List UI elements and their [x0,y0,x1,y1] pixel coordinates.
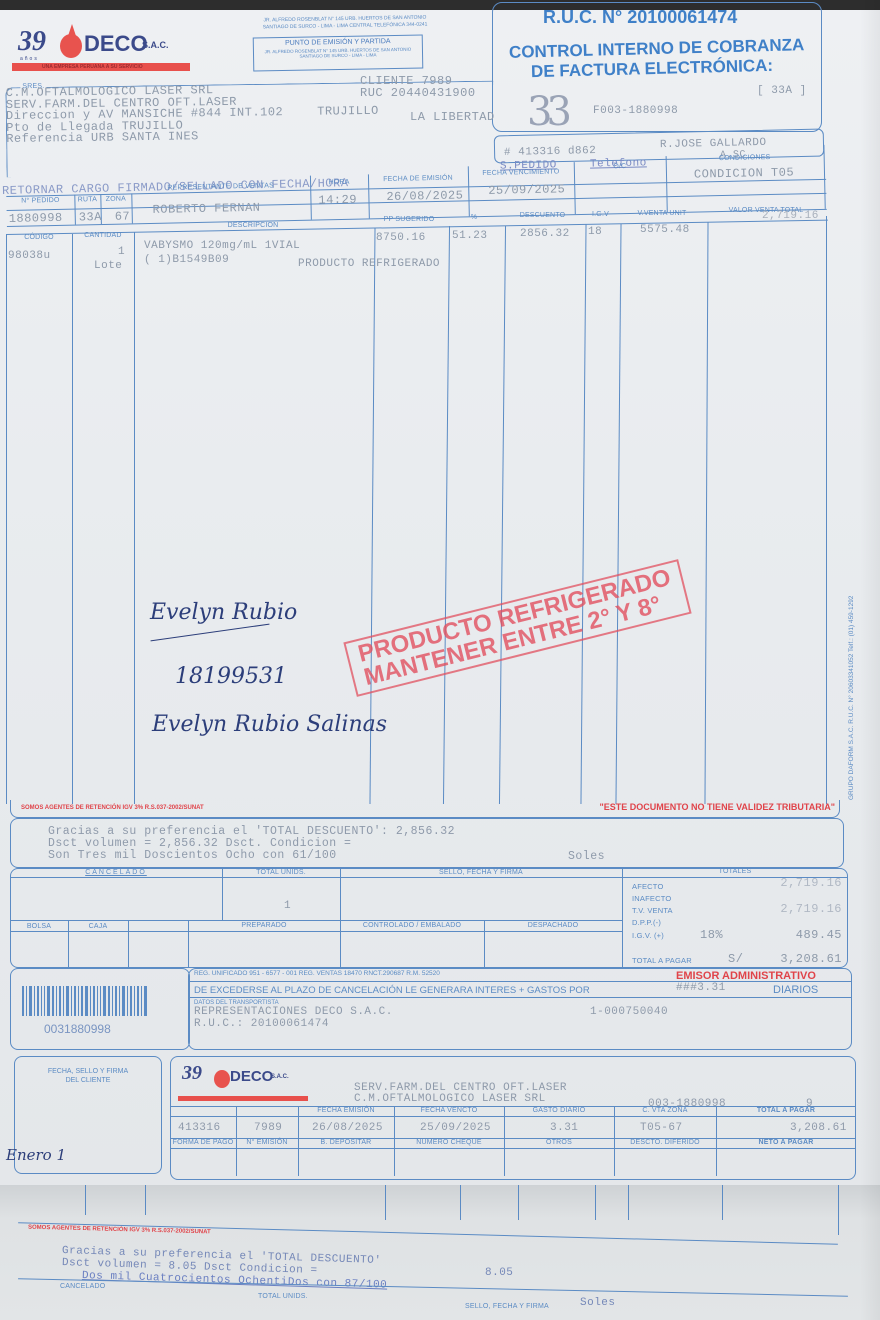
total-value: 3,208.61 [780,952,842,966]
retention-notice: SOMOS AGENTES DE RETENCIÓN IGV 3% R.S.03… [21,805,204,811]
receipt-table: FECHA EMISIÓN FECHA VENCTO GASTO DIARIO … [170,1106,856,1156]
col-cantidad: CANTIDAD [72,232,134,239]
summary-currency: Soles [568,850,605,863]
item-cantidad: 1 [118,246,125,258]
invoice-sheet: 39 años 1986 - 2025 DECO S.A.C. UNA EMPR… [0,0,880,1185]
no-validity-notice: "ESTE DOCUMENTO NO TIENE VALIDEZ TRIBUTA… [599,802,835,812]
receipt-col-gasto: GASTO DIARIO [504,1107,614,1114]
totals-header: TOTALES [622,868,848,875]
interest-note: DE EXCEDERSE AL PLAZO DE CANCELACIÓN LE … [194,985,590,996]
receipt-col-descto: DESCTO. DIFERIDO [614,1139,716,1146]
cancelado-label: CANCELADO [10,869,222,876]
receipt-col-otros: OTROS [504,1139,614,1146]
val-condiciones: CONDICION T05 [694,165,794,181]
receipt-val-total: 3,208.61 [790,1122,847,1134]
under-sello-label: SELLO, FECHA Y FIRMA [465,1303,549,1310]
col-descripcion: DESCRIPCIÓN [134,222,372,229]
receipt-col-depositar: B. DEPOSITAR [298,1139,394,1146]
col-fecha-emision: FECHA DE EMISIÓN [368,174,468,183]
receipt-col-forma-pago: FORMA DE PAGO [170,1139,236,1146]
val-fecha-vencimiento: 25/09/2025 [488,182,565,198]
item-porcentaje: 51.23 [452,230,488,242]
registry-line: REG. UNIFICADO 951 - 6577 - 001 REG. VEN… [194,970,440,977]
inafecto-label: INAFECTO [632,894,671,903]
underlying-copy-page: SOMOS AGENTES DE RETENCIÓN IGV 3% R.S.03… [0,1175,880,1320]
tv-venta-label: T.V. VENTA [632,906,673,915]
barcode-number: 0031880998 [44,1022,111,1036]
item-v-venta-unit: 5575.48 [640,224,690,236]
slogan-bar: UNA EMPRESA PERUANA A SU SERVICIO [12,63,190,71]
under-summary-currency: Soles [580,1297,616,1309]
receipt-val-cliente: 7989 [254,1122,282,1134]
client-sign-label: FECHA, SELLO Y FIRMA [15,1067,161,1076]
carrier-code: 1-000750040 [590,1006,668,1018]
controlado-label: CONTROLADO / EMBALADO [340,922,484,929]
route-code: [ 33A ] [757,85,807,97]
total-unids-label: TOTAL UNIDS. [222,869,340,876]
client-details: C.M.OFTALMOLOGICO LASER SRL SERV.FARM.DE… [6,83,380,146]
item-codigo: 98038u [8,250,51,262]
order-seller: R.JOSE GALLARDO [660,137,767,151]
col-hora: HORA [310,178,368,186]
receipt-col-fecha-vencto: FECHA VENCTO [394,1107,504,1114]
item-valor-venta-total: 2,719.16 [762,210,819,222]
igv-value: 489.45 [796,928,842,942]
ruc-box: R.U.C. N° 20100061474 CONTROL INTERNO DE… [492,2,822,132]
col-descuento: DESCUENTO [502,212,583,219]
under-total-unids-label: TOTAL UNIDS. [258,1293,308,1300]
printer-side-note: GRUPO DAFORM S.A.C. R.U.C. N° 2060334105… [848,596,855,800]
item-nota: PRODUCTO REFRIGERADO [298,258,440,270]
notices-band: SOMOS AGENTES DE RETENCIÓN IGV 3% R.S.03… [10,800,840,818]
afecto-value: 2,719.16 [780,876,842,890]
receipt-val-zona: T05-67 [640,1122,683,1134]
item-pp-sugerido: 8750.16 [376,232,426,244]
carrier-name: REPRESENTACIONES DECO S.A.C. [194,1006,393,1018]
carrier-details: REPRESENTACIONES DECO S.A.C. R.U.C.: 201… [194,1006,393,1030]
col-v-venta-unit: V.VENTA UNIT [618,210,706,217]
sello-label: SELLO, FECHA Y FIRMA [340,869,622,876]
val-fecha-emision: 26/08/2025 [386,188,463,204]
col-ruta: RUTA [74,196,100,204]
val-hora: 14:29 [318,193,357,208]
receipt-col-neto: NETO A PAGAR [716,1139,856,1146]
receipt-client: SERV.FARM.DEL CENTRO OFT.LASER C.M.OFTAL… [354,1083,567,1105]
dpp-label: D.P.P.(-) [632,918,661,927]
signature: Evelyn Rubio [150,600,297,625]
handwritten-route-number: 33 [527,89,566,135]
total-unids-value: 1 [284,900,291,912]
caja-label: CAJA [68,923,128,930]
item-descripcion: VABYSMO 120mg/mL 1VIAL [144,240,300,252]
emission-point-box: PUNTO DE EMISIÓN Y PARTIDA JR. ALFREDO R… [253,35,424,72]
logo-drop-icon [60,34,82,58]
col-oc: O/C [574,162,666,171]
col-igv: I.G.V [583,211,618,218]
col-pp-sugerido: PP SUGERIDO [372,216,446,223]
client-region: LA LIBERTAD [410,110,495,124]
total-label: TOTAL A PAGAR [632,956,692,965]
igv-label: I.G.V. (+) [632,931,664,940]
despachado-label: DESPACHADO [484,922,622,929]
val-zona: 67 [115,209,131,223]
afecto-label: AFECTO [632,882,663,891]
receipt-val-gasto: 3.31 [550,1122,578,1134]
val-pedido: 1880998 [9,211,63,226]
logo-name: DECO [84,31,148,57]
item-igv: 18 [588,226,602,238]
receipt-col-total: TOTAL A PAGAR [716,1107,856,1114]
barcode-icon [22,986,147,1016]
logo-drop-tip-icon [68,24,76,36]
logo-years: 39 [18,26,46,58]
col-zona: ZONA [100,195,131,203]
receipt-col-fecha-emision: FECHA EMISIÓN [298,1107,394,1114]
interest-value: ###3.31 [676,982,726,994]
handwritten-name: Evelyn Rubio Salinas [152,712,387,737]
receipt-val-fecha-emision: 26/08/2025 [312,1122,383,1134]
col-pedido: N° PEDIDO [6,197,74,205]
col-fecha-vencimiento: FECHA VENCIMIENTO [468,168,574,177]
receipt-slogan-bar [178,1096,308,1101]
interest-unit: DIARIOS [773,984,818,996]
photo-edge-right [860,0,880,1320]
val-ruta: 33A [79,210,102,224]
receipt-col-emision: N° EMISIÓN [236,1139,298,1146]
receipt-logo-drop-icon [214,1070,230,1088]
carrier-ruc: R.U.C.: 20100061474 [194,1018,393,1030]
col-codigo: CÓDIGO [6,234,72,241]
items-table: CÓDIGO CANTIDAD DESCRIPCIÓN PP SUGERIDO … [6,226,828,806]
under-cancelado-label: CANCELADO [60,1283,105,1290]
order-code: # 413316 d862 [504,145,597,159]
igv-rate: 18% [700,928,723,942]
col-porcentaje: % [446,214,502,221]
bolsa-label: BOLSA [10,923,68,930]
preparado-label: PREPARADO [188,922,340,929]
item-lote-label: Lote [94,260,122,272]
item-descuento: 2856.32 [520,228,570,240]
dispatch-box [10,868,848,968]
total-currency: S/ [728,952,743,966]
under-summary-value: 8.05 [485,1267,513,1279]
receipt-val-fecha-vencto: 25/09/2025 [420,1122,491,1134]
receipt-val-code: 413316 [178,1122,221,1134]
company-address: JR. ALFREDO ROSENBLAT N° 145 URB. HUERTO… [230,14,460,32]
item-lote: ( 1)B1549B09 [144,254,229,266]
ruc-number: R.U.C. N° 20100061474 [543,7,737,28]
tv-venta-value: 2,719.16 [780,902,842,916]
invoice-number: F003-1880998 [593,105,678,117]
val-representante: ROBERTO FERNAN [152,201,260,217]
summary-text: Gracias a su preferencia el 'TOTAL DESCU… [48,826,455,862]
receipt-col-cheque: NUMERO CHEQUE [394,1139,504,1146]
handwritten-note: Enero 1 [6,1146,66,1164]
receipt-col-zona: C. VTA ZONA [614,1107,716,1114]
summary-amount-words: Son Tres mil Doscientos Ocho con 61/100 [48,850,455,862]
handwritten-dni: 18199531 [175,664,287,689]
